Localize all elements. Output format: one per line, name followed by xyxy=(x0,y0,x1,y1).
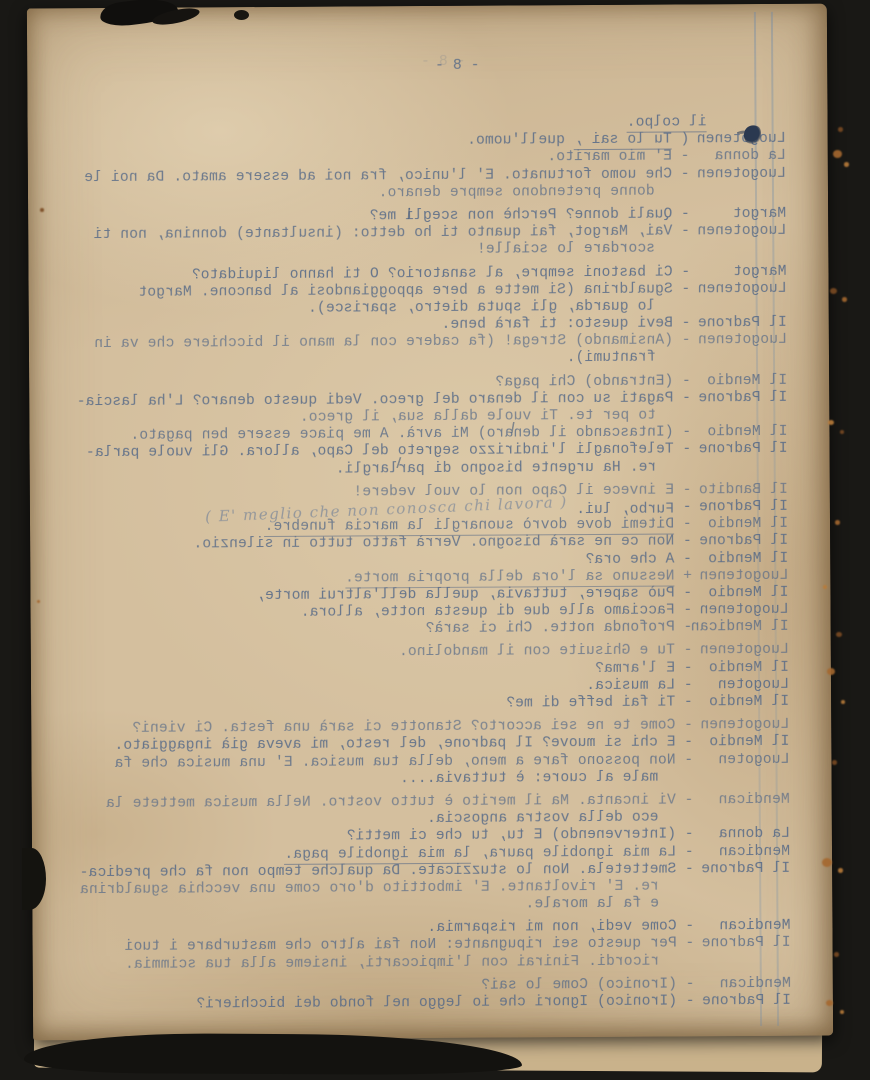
speaker-separator: - xyxy=(675,718,693,735)
speaker-separator: - xyxy=(676,827,694,844)
speaker-name: Il Bandito xyxy=(691,482,787,500)
dialogue-text: frantumi). xyxy=(567,350,656,367)
dialogue-text: Tu lo sai , quell'uomo. xyxy=(467,132,672,151)
dialogue-text: male al cuore: è tuttavia.... xyxy=(400,769,658,787)
binding-mark xyxy=(234,10,249,20)
speaker-separator: - xyxy=(673,390,691,407)
handwritten-tick xyxy=(403,208,413,220)
dialogue-text: scordare lo scialle! xyxy=(477,241,655,258)
dialogue-text: e fa la morale. xyxy=(525,896,659,913)
speaker-name: Margot xyxy=(690,206,786,224)
speaker-separator: - xyxy=(672,224,690,241)
speaker-separator: - xyxy=(676,861,694,878)
typewritten-text-mirrored: - 8 - il colpo.Luogotenen(Tu lo sai , qu… xyxy=(58,4,791,1040)
speaker-name: Il Mendio xyxy=(692,516,788,534)
dialogue-text: A che ora? xyxy=(585,551,674,568)
speaker-separator: - xyxy=(672,149,690,166)
speaker-name: Il Mendican xyxy=(692,619,788,637)
rust-stain xyxy=(835,520,840,525)
dialogue-text: E' mio marito. xyxy=(547,149,672,166)
speaker-separator: ( xyxy=(672,132,690,149)
speaker-separator: - xyxy=(673,373,691,390)
speaker-separator: - xyxy=(673,264,691,281)
speaker-name: Il Padrone xyxy=(692,533,788,551)
rust-stain xyxy=(838,868,843,873)
rust-stain xyxy=(822,858,832,867)
dialogue-text: Ti fai beffe di me? xyxy=(506,695,675,712)
speaker-name xyxy=(659,895,790,896)
speaker-separator: - xyxy=(675,677,693,694)
dialogue-text: Quali donne? Perchè non scegli me? xyxy=(369,206,672,224)
handwritten-tick xyxy=(393,456,403,468)
speaker-name: Il Mendio xyxy=(693,659,789,677)
rust-stain xyxy=(842,297,847,302)
dialogue-text: La musica. xyxy=(586,677,675,694)
rust-stain xyxy=(827,668,835,675)
photo-backdrop: - 8 - il colpo.Luogotenen(Tu lo sai , qu… xyxy=(0,0,870,1080)
paper-sheet: - 8 - il colpo.Luogotenen(Tu lo sai , qu… xyxy=(27,4,833,1041)
rust-stain xyxy=(840,1010,844,1014)
speaker-name xyxy=(656,458,787,459)
speaker-name: Luogoten xyxy=(693,677,789,695)
speaker-name xyxy=(659,952,790,953)
speaker-name: Luogotenen xyxy=(690,223,786,241)
speaker-name: Il Mendio xyxy=(691,372,787,390)
script-lines: il colpo.Luogotenen(Tu lo sai , quell'uo… xyxy=(59,114,791,1015)
page-number: - 8 - xyxy=(427,58,487,76)
underlined-text: Tu lo sai , xyxy=(574,132,672,151)
speaker-separator: - xyxy=(676,792,694,809)
speaker-separator: - xyxy=(675,620,693,637)
dialogue-text: re. E' rivoltante. E' imbottito d'oro co… xyxy=(80,878,659,898)
speaker-separator: - xyxy=(675,660,693,677)
speaker-separator: - xyxy=(673,333,691,350)
dialogue-text: Tu e Ghisuite con il mandolino. xyxy=(399,643,675,661)
speaker-name: Il Mendio xyxy=(692,550,788,568)
speaker-separator: - xyxy=(675,735,693,752)
dialogue-text: Bevi questo: ti farà bene. xyxy=(441,316,673,333)
dialogue-text: re. Ha urgente bisogno di parlargli. xyxy=(336,459,657,477)
rust-stain xyxy=(841,700,845,704)
underlined-text: Nessuno sa l'ora della propria morte. xyxy=(345,568,675,588)
speaker-separator: - xyxy=(676,752,694,769)
speaker-separator: - xyxy=(674,551,692,568)
dialogue-text: ricordi. Finirai con l'impiccarti, insie… xyxy=(125,953,660,972)
dialogue-text: Ci bastoni sempre, al sanatorio? O ti ha… xyxy=(192,264,673,283)
speaker-separator: - xyxy=(674,534,692,551)
dialogue-text: Vai, Margot, fai quanto ti ho detto: (in… xyxy=(93,224,672,244)
speaker-separator: - xyxy=(675,585,693,602)
rust-stain xyxy=(836,632,842,637)
speaker-separator: - xyxy=(674,517,692,534)
dialogue-text: Nessuno sa l'ora della propria morte. xyxy=(345,568,675,588)
dialogue-text: eco della vostra angoscia. xyxy=(427,810,659,827)
speaker-separator: + xyxy=(674,568,692,585)
dialogue-text: Per questo sei ripugnante: Non fai altro… xyxy=(124,936,676,955)
dialogue-text: (Ironico) Ignori che io leggo nel fondo … xyxy=(196,993,677,1012)
speaker-name xyxy=(656,407,787,408)
dialogue-text: Facciamo alle due di questa notte, allor… xyxy=(301,603,675,621)
speaker-name: Luogoten xyxy=(693,751,789,769)
dialogue-text: Come vedi, non mi risparmia. xyxy=(427,919,677,937)
speaker-name: Luogotenen xyxy=(692,642,788,660)
speaker-separator: - xyxy=(675,602,693,619)
speaker-separator: - xyxy=(677,976,695,993)
dialogue-text: lo guarda, gli sputa dietro, sparisce). xyxy=(308,298,655,316)
speaker-separator: - xyxy=(672,166,690,183)
speaker-separator: - xyxy=(675,643,693,660)
dialogue-text: (Ansimando) Strega! (fa cadere con la ma… xyxy=(94,333,673,353)
rust-stain xyxy=(830,288,837,294)
dialogue-text: E l'arma? xyxy=(595,660,675,676)
speaker-name: Il Padrone xyxy=(695,993,791,1011)
speaker-name: Mendican xyxy=(694,918,790,936)
speaker-name: Luogotenen xyxy=(690,165,786,183)
speaker-name: Il Padrone xyxy=(690,315,786,333)
speaker-name: Margot xyxy=(690,263,786,281)
dialogue-text: Sgualdrina (Si mette a bere appoggiandos… xyxy=(138,281,673,300)
speaker-name: Luogotenen xyxy=(692,602,788,620)
rust-stain xyxy=(40,208,44,212)
speaker-name: Mendican xyxy=(694,976,790,994)
speaker-separator: - xyxy=(674,499,692,516)
speaker-name: Il Mendio xyxy=(693,734,789,752)
speaker-name xyxy=(655,240,786,241)
speaker-separator: - xyxy=(676,844,694,861)
speaker-separator: - xyxy=(677,993,695,1010)
speaker-name: Il Mendio xyxy=(693,694,789,712)
speaker-separator: - xyxy=(674,425,692,442)
speaker-name: Il Padrone xyxy=(692,499,788,517)
dialogue-text: Profonda notte. Chi ci sarà? xyxy=(425,620,675,638)
speaker-name: Il Padrone xyxy=(691,390,787,408)
dialogue-text: (Intascando il denaro) Mi avrà. A me pia… xyxy=(130,425,673,444)
speaker-separator: - xyxy=(673,315,691,332)
speaker-name: Mendican xyxy=(693,792,789,810)
speaker-separator: - xyxy=(675,694,693,711)
dialogue-text: La mia ignobile paura, la mia ignobile p… xyxy=(284,844,676,864)
rust-stain xyxy=(840,430,844,434)
speaker-name: Luogotenen xyxy=(690,281,786,299)
underlined-text: la mia ignobile paga. xyxy=(284,845,471,864)
dialogue-text: (Ironico) Come lo sai? xyxy=(481,976,677,993)
speaker-name: La donna xyxy=(694,826,790,844)
dialogue-text: Può sapere, tuttavia, quella dell'altrui… xyxy=(256,585,675,604)
rust-stain xyxy=(823,585,827,589)
speaker-separator: - xyxy=(672,206,690,223)
speaker-separator: - xyxy=(674,482,692,499)
rust-stain xyxy=(833,150,842,158)
speaker-name: Il Padrone xyxy=(694,935,790,953)
dialogue-text: (Intervenendo) E tu, tu che ci metti? xyxy=(346,827,676,845)
speaker-separator: - xyxy=(677,936,695,953)
rust-stain xyxy=(838,127,843,132)
speaker-separator: - xyxy=(674,442,692,459)
speaker-name: Luogotenen xyxy=(693,717,789,735)
rust-stain xyxy=(37,600,40,603)
speaker-name xyxy=(655,183,786,184)
dialogue-text: Come te ne sei accorto? Stanotte ci sarà… xyxy=(132,718,675,737)
speaker-name: Luogotenen xyxy=(692,567,788,585)
dialogue-text: donne pretendono sempre denaro. xyxy=(378,183,654,201)
speaker-separator: - xyxy=(673,281,691,298)
dialogue-text: il colpo. xyxy=(627,114,707,132)
rust-stain xyxy=(828,420,834,425)
dialogue-text: to per te. Ti vuole dalla sua, il greco. xyxy=(300,408,656,426)
rust-stain xyxy=(844,162,849,167)
speaker-name xyxy=(656,349,787,350)
handwritten-tick xyxy=(508,422,517,433)
rust-stain xyxy=(834,952,839,957)
speaker-name xyxy=(659,878,790,879)
speaker-name: Il Padrone xyxy=(691,441,787,459)
speaker-separator: - xyxy=(677,919,695,936)
dialogue-text: Non ce ne sarà bisogno. Verrà fatto tutt… xyxy=(193,534,674,553)
speaker-name: Il Mendio xyxy=(691,424,787,442)
dialogue-text: Vi incanta. Ma il merito è tutto vostro.… xyxy=(106,792,676,811)
speaker-name: Il Mendio xyxy=(692,585,788,603)
underlined-text: il colpo. xyxy=(627,114,707,132)
speaker-name: Luogotenen xyxy=(691,332,787,350)
dialogue-text: (Entrando) Chi paga? xyxy=(495,373,673,390)
rust-stain xyxy=(832,760,837,765)
dialogue-text: Non possono fare a meno, della tua music… xyxy=(114,752,675,771)
dialogue-text: Che uomo fortunato. E' l'unico, fra noi … xyxy=(84,166,672,186)
speaker-name: La donna xyxy=(689,148,785,166)
speaker-name: Mendican xyxy=(694,843,790,861)
speaker-name: Il Padrone xyxy=(694,860,790,878)
